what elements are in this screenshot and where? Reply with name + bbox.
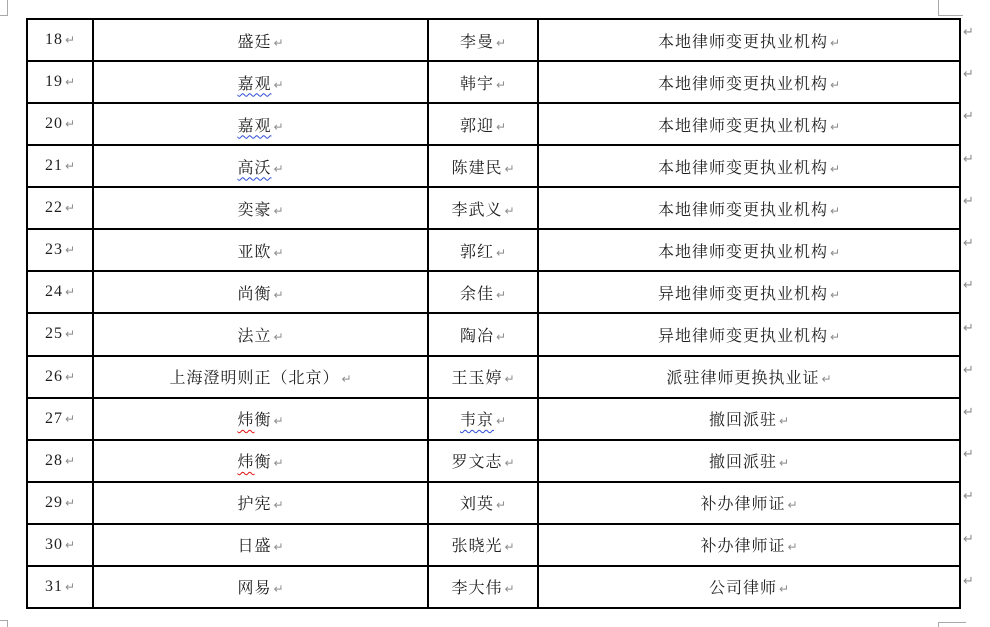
cell-end-mark: ↵ [779, 582, 789, 596]
row-end-mark: ↵ [963, 195, 974, 208]
cell-end-mark: ↵ [496, 78, 506, 92]
row-end-mark: ↵ [963, 364, 974, 377]
row-number-cell[interactable]: 26↵ [27, 356, 93, 398]
firm-name: 奕豪 [237, 202, 271, 219]
cell-end-mark: ↵ [830, 36, 840, 50]
row-end-mark: ↵ [963, 237, 974, 250]
cell-end-mark: ↵ [496, 330, 506, 344]
cell-end-mark: ↵ [830, 288, 840, 302]
lawyer-cell[interactable]: 陶冶↵ [428, 313, 538, 355]
change-type-cell[interactable]: 派驻律师更换执业证↵ [538, 356, 960, 398]
row-number: 26 [45, 368, 63, 385]
change-type-cell[interactable]: 本地律师变更执业机构↵ [538, 187, 960, 229]
firm-cell[interactable]: 尚衡↵ [93, 271, 428, 313]
table-row: 22↵ 奕豪↵ 李武义↵ 本地律师变更执业机构↵ [27, 187, 960, 229]
table-row: 25↵ 法立↵ 陶冶↵ 异地律师变更执业机构↵ [27, 313, 960, 355]
firm-name: 护宪 [237, 496, 271, 513]
firm-name: 嘉观 [237, 118, 271, 135]
change-type: 异地律师变更执业机构 [658, 328, 828, 345]
lawyer-cell[interactable]: 罗文志↵ [428, 440, 538, 482]
row-end-mark: ↵ [963, 533, 974, 546]
table-row: 24↵ 尚衡↵ 余佳↵ 异地律师变更执业机构↵ [27, 271, 960, 313]
row-end-mark: ↵ [963, 575, 974, 588]
cell-end-mark: ↵ [65, 370, 75, 384]
row-number-cell[interactable]: 27↵ [27, 398, 93, 440]
lawyer-name: 陶冶 [460, 328, 494, 345]
firm-cell[interactable]: 上海澄明则正（北京）↵ [93, 356, 428, 398]
cell-end-mark: ↵ [496, 498, 506, 512]
cell-end-mark: ↵ [496, 36, 506, 50]
lawyer-cell[interactable]: 李武义↵ [428, 187, 538, 229]
cell-end-mark: ↵ [273, 288, 283, 302]
row-number-cell[interactable]: 30↵ [27, 524, 93, 566]
table-row: 28↵ 炜衡↵ 罗文志↵ 撤回派驻↵ [27, 440, 960, 482]
lawyer-name: 韦京 [460, 412, 494, 429]
firm-cell[interactable]: 奕豪↵ [93, 187, 428, 229]
lawyer-name: 陈建民 [451, 160, 502, 177]
change-type: 补办律师证 [700, 496, 785, 513]
row-number: 28 [45, 452, 63, 469]
lawyer-name: 郭红 [460, 244, 494, 261]
change-type-cell[interactable]: 本地律师变更执业机构↵ [538, 145, 960, 187]
lawyer-cell[interactable]: 韩宇↵ [428, 61, 538, 103]
cell-end-mark: ↵ [830, 330, 840, 344]
row-number: 24 [45, 283, 63, 300]
row-number-cell[interactable]: 31↵ [27, 566, 93, 608]
cell-end-mark: ↵ [273, 456, 283, 470]
change-type-cell[interactable]: 本地律师变更执业机构↵ [538, 19, 960, 61]
lawyer-cell[interactable]: 刘英↵ [428, 482, 538, 524]
cell-end-mark: ↵ [273, 120, 283, 134]
firm-name: 上海澄明则正（北京） [169, 370, 339, 387]
lawyer-name: 李大伟 [451, 580, 502, 597]
cell-end-mark: ↵ [65, 159, 75, 173]
change-type: 本地律师变更执业机构 [658, 160, 828, 177]
change-type: 本地律师变更执业机构 [658, 118, 828, 135]
row-number: 30 [45, 536, 63, 553]
change-type: 撤回派驻 [709, 454, 777, 471]
lawyer-name: 刘英 [460, 496, 494, 513]
cell-end-mark: ↵ [504, 162, 514, 176]
cell-end-mark: ↵ [787, 540, 797, 554]
row-number-cell[interactable]: 29↵ [27, 482, 93, 524]
cell-end-mark: ↵ [504, 372, 514, 386]
cell-end-mark: ↵ [65, 117, 75, 131]
cell-end-mark: ↵ [273, 246, 283, 260]
firm-name: 嘉观 [237, 76, 271, 93]
table-row: 20↵ 嘉观↵ 郭迎↵ 本地律师变更执业机构↵ [27, 103, 960, 145]
row-number-cell[interactable]: 18↵ [27, 19, 93, 61]
row-end-mark: ↵ [963, 279, 974, 292]
cell-end-mark: ↵ [65, 33, 75, 47]
row-number-cell[interactable]: 23↵ [27, 229, 93, 271]
cell-end-mark: ↵ [821, 372, 831, 386]
change-type-cell[interactable]: 撤回派驻↵ [538, 398, 960, 440]
table-row: 30↵ 日盛↵ 张晓光↵ 补办律师证↵ [27, 524, 960, 566]
lawyer-cell[interactable]: 余佳↵ [428, 271, 538, 313]
firm-cell[interactable]: 法立↵ [93, 313, 428, 355]
firm-cell[interactable]: 炜衡↵ [93, 398, 428, 440]
row-number-cell[interactable]: 24↵ [27, 271, 93, 313]
change-type-cell[interactable]: 公司律师↵ [538, 566, 960, 608]
cell-end-mark: ↵ [496, 414, 506, 428]
row-number: 29 [45, 494, 63, 511]
cell-end-mark: ↵ [65, 243, 75, 257]
cell-end-mark: ↵ [779, 414, 789, 428]
row-number-cell[interactable]: 28↵ [27, 440, 93, 482]
row-end-mark: ↵ [963, 490, 974, 503]
cell-end-mark: ↵ [504, 456, 514, 470]
cell-end-mark: ↵ [830, 162, 840, 176]
firm-name: 炜衡 [237, 412, 271, 429]
lawyer-cell[interactable]: 郭迎↵ [428, 103, 538, 145]
row-end-mark: ↵ [963, 448, 974, 461]
row-number-cell[interactable]: 25↵ [27, 313, 93, 355]
lawyer-name: 张晓光 [451, 538, 502, 555]
row-end-mark: ↵ [963, 406, 974, 419]
change-type: 派驻律师更换执业证 [666, 370, 819, 387]
lawyer-name: 李曼 [460, 34, 494, 51]
cell-end-mark: ↵ [830, 246, 840, 260]
row-number: 25 [45, 325, 63, 342]
firm-cell[interactable]: 日盛↵ [93, 524, 428, 566]
lawyer-cell[interactable]: 陈建民↵ [428, 145, 538, 187]
cell-end-mark: ↵ [273, 36, 283, 50]
lawyer-cell[interactable]: 李大伟↵ [428, 566, 538, 608]
cell-end-mark: ↵ [496, 246, 506, 260]
row-number: 20 [45, 115, 63, 132]
table-row: 21↵ 高沃↵ 陈建民↵ 本地律师变更执业机构↵ [27, 145, 960, 187]
change-type: 补办律师证 [700, 538, 785, 555]
cell-end-mark: ↵ [830, 78, 840, 92]
crop-mark-bottom-right [938, 622, 966, 627]
cell-end-mark: ↵ [65, 412, 75, 426]
lawyer-name: 郭迎 [460, 118, 494, 135]
change-type: 公司律师 [709, 580, 777, 597]
row-number-cell[interactable]: 19↵ [27, 61, 93, 103]
cell-end-mark: ↵ [273, 330, 283, 344]
change-type: 本地律师变更执业机构 [658, 76, 828, 93]
cell-end-mark: ↵ [65, 285, 75, 299]
firm-cell[interactable]: 嘉观↵ [93, 103, 428, 145]
firm-cell[interactable]: 炜衡↵ [93, 440, 428, 482]
firm-cell[interactable]: 网易↵ [93, 566, 428, 608]
firm-name: 亚欧 [237, 244, 271, 261]
row-number: 19 [45, 73, 63, 90]
table-body: 18↵ 盛廷↵ 李曼↵ 本地律师变更执业机构↵ 19↵ 嘉观↵ 韩宇↵ [27, 19, 960, 608]
table-row: 26↵ 上海澄明则正（北京）↵ 王玉婷↵ 派驻律师更换执业证↵ [27, 356, 960, 398]
row-number: 27 [45, 410, 63, 427]
firm-cell[interactable]: 亚欧↵ [93, 229, 428, 271]
change-type: 撤回派驻 [709, 412, 777, 429]
cell-end-mark: ↵ [65, 454, 75, 468]
change-type: 本地律师变更执业机构 [658, 202, 828, 219]
cell-end-mark: ↵ [341, 372, 351, 386]
row-number: 22 [45, 199, 63, 216]
change-type: 本地律师变更执业机构 [658, 244, 828, 261]
cell-end-mark: ↵ [273, 414, 283, 428]
cell-end-mark: ↵ [496, 288, 506, 302]
lawyer-change-table: 18↵ 盛廷↵ 李曼↵ 本地律师变更执业机构↵ 19↵ 嘉观↵ 韩宇↵ [26, 18, 961, 609]
lawyer-cell[interactable]: 郭红↵ [428, 229, 538, 271]
cell-end-mark: ↵ [787, 498, 797, 512]
firm-cell[interactable]: 嘉观↵ [93, 61, 428, 103]
cell-end-mark: ↵ [830, 120, 840, 134]
row-end-mark: ↵ [963, 153, 974, 166]
row-number-cell[interactable]: 20↵ [27, 103, 93, 145]
row-end-mark: ↵ [963, 26, 974, 39]
firm-cell[interactable]: 盛廷↵ [93, 19, 428, 61]
table-row: 23↵ 亚欧↵ 郭红↵ 本地律师变更执业机构↵ [27, 229, 960, 271]
lawyer-cell[interactable]: 王玉婷↵ [428, 356, 538, 398]
row-end-mark: ↵ [963, 68, 974, 81]
row-number: 31 [45, 578, 63, 595]
change-type: 本地律师变更执业机构 [658, 34, 828, 51]
cell-end-mark: ↵ [273, 162, 283, 176]
change-type-cell[interactable]: 异地律师变更执业机构↵ [538, 271, 960, 313]
change-type-cell[interactable]: 本地律师变更执业机构↵ [538, 61, 960, 103]
firm-name: 日盛 [237, 538, 271, 555]
row-end-mark: ↵ [963, 322, 974, 335]
row-number: 23 [45, 241, 63, 258]
cell-end-mark: ↵ [496, 120, 506, 134]
cell-end-mark: ↵ [504, 582, 514, 596]
firm-name: 网易 [237, 580, 271, 597]
lawyer-cell[interactable]: 李曼↵ [428, 19, 538, 61]
change-type-cell[interactable]: 本地律师变更执业机构↵ [538, 229, 960, 271]
cell-end-mark: ↵ [504, 540, 514, 554]
misspelled-char: 炜 [237, 454, 254, 471]
cell-end-mark: ↵ [65, 327, 75, 341]
table-row: 31↵ 网易↵ 李大伟↵ 公司律师↵ [27, 566, 960, 608]
cell-end-mark: ↵ [273, 204, 283, 218]
cell-end-mark: ↵ [65, 201, 75, 215]
lawyer-cell[interactable]: 韦京↵ [428, 398, 538, 440]
row-number: 18 [45, 31, 63, 48]
firm-name: 盛廷 [237, 34, 271, 51]
change-type-cell[interactable]: 异地律师变更执业机构↵ [538, 313, 960, 355]
lawyer-name: 王玉婷 [451, 370, 502, 387]
firm-name: 法立 [237, 328, 271, 345]
lawyer-name: 罗文志 [451, 454, 502, 471]
row-number-cell[interactable]: 22↵ [27, 187, 93, 229]
change-type-cell[interactable]: 补办律师证↵ [538, 482, 960, 524]
cell-end-mark: ↵ [504, 204, 514, 218]
firm-name: 尚衡 [237, 286, 271, 303]
cell-end-mark: ↵ [273, 582, 283, 596]
crop-mark-top-left [0, 0, 8, 16]
firm-name: 炜衡 [237, 454, 271, 471]
crop-mark-top-right [938, 0, 963, 16]
cell-end-mark: ↵ [65, 538, 75, 552]
change-type: 异地律师变更执业机构 [658, 286, 828, 303]
table-row: 19↵ 嘉观↵ 韩宇↵ 本地律师变更执业机构↵ [27, 61, 960, 103]
cell-end-mark: ↵ [273, 498, 283, 512]
row-number: 21 [45, 157, 63, 174]
cell-end-mark: ↵ [65, 580, 75, 594]
firm-name: 高沃 [237, 160, 271, 177]
lawyer-name: 李武义 [451, 202, 502, 219]
misspelled-char: 炜 [237, 412, 254, 429]
cell-end-mark: ↵ [779, 456, 789, 470]
crop-mark-bottom-left [0, 620, 8, 627]
change-type-cell[interactable]: 撤回派驻↵ [538, 440, 960, 482]
table-row: 18↵ 盛廷↵ 李曼↵ 本地律师变更执业机构↵ [27, 19, 960, 61]
cell-end-mark: ↵ [65, 75, 75, 89]
cell-end-mark: ↵ [273, 540, 283, 554]
firm-cell[interactable]: 高沃↵ [93, 145, 428, 187]
change-type-cell[interactable]: 本地律师变更执业机构↵ [538, 103, 960, 145]
lawyer-name: 余佳 [460, 286, 494, 303]
lawyer-name: 韩宇 [460, 76, 494, 93]
cell-end-mark: ↵ [273, 78, 283, 92]
row-end-mark: ↵ [963, 110, 974, 123]
firm-cell[interactable]: 护宪↵ [93, 482, 428, 524]
cell-end-mark: ↵ [830, 204, 840, 218]
lawyer-cell[interactable]: 张晓光↵ [428, 524, 538, 566]
row-number-cell[interactable]: 21↵ [27, 145, 93, 187]
cell-end-mark: ↵ [65, 496, 75, 510]
document-page: 18↵ 盛廷↵ 李曼↵ 本地律师变更执业机构↵ 19↵ 嘉观↵ 韩宇↵ [0, 0, 990, 627]
table-row: 27↵ 炜衡↵ 韦京↵ 撤回派驻↵ [27, 398, 960, 440]
table-row: 29↵ 护宪↵ 刘英↵ 补办律师证↵ [27, 482, 960, 524]
change-type-cell[interactable]: 补办律师证↵ [538, 524, 960, 566]
